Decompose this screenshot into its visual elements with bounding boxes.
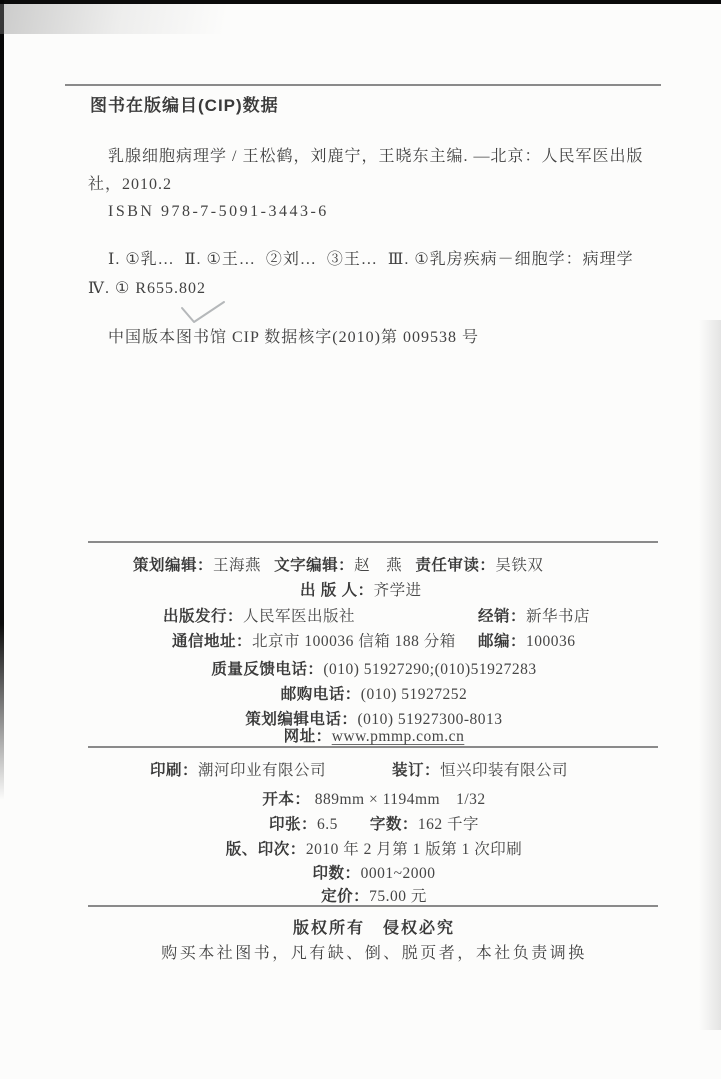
plan-editor-value: 王海燕 — [213, 557, 261, 574]
print-row-sheets-words: 印张：6.5 字数：162 千字 — [88, 812, 660, 834]
reviewer-value: 吴铁双 — [495, 557, 543, 574]
distributor-label: 经销： — [478, 608, 526, 625]
edition-label: 版、印次： — [226, 841, 306, 858]
print-row-price: 定价：75.00 元 — [88, 884, 660, 906]
website-url: www.pmmp.com.cn — [332, 728, 465, 745]
pub-row-mail-order-phone: 邮购电话：(010) 51927252 — [88, 682, 660, 704]
sheets-value: 6.5 — [317, 816, 338, 833]
printer-value: 潮河印业有限公司 — [198, 762, 326, 779]
publisher-label: 出版发行： — [163, 608, 243, 625]
cip-entry-line2: 社，2010.2 — [88, 175, 172, 195]
pub-row-distributor: 经销：新华书店 — [478, 607, 590, 626]
text-editor-value: 赵 燕 — [354, 557, 402, 574]
address-label: 通信地址： — [172, 633, 252, 650]
postcode-value: 100036 — [526, 633, 576, 650]
cip-record-number: 中国版本图书馆 CIP 数据核字(2010)第 009538 号 — [108, 328, 479, 348]
publisher-person-value: 齐学进 — [374, 582, 422, 599]
mail-order-phone-label: 邮购电话： — [281, 686, 361, 703]
pub-row-editors: 策划编辑：王海燕 文字编辑：赵 燕 责任审读：吴铁双 — [133, 556, 543, 575]
price-label: 定价： — [321, 888, 369, 905]
address-value: 北京市 100036 信箱 188 分箱 — [252, 633, 456, 650]
print-row-format: 开本： 889mm × 1194mm 1/32 — [88, 787, 660, 809]
feedback-phone-value: (010) 51927290;(010)51927283 — [323, 661, 536, 678]
format-value: 889mm × 1194mm 1/32 — [310, 791, 485, 808]
word-count-label: 字数： — [370, 816, 418, 833]
price-value: 75.00 元 — [369, 888, 427, 905]
cip-classification-line2: Ⅳ. ① R655.802 — [88, 279, 206, 299]
website-label: 网址： — [284, 728, 332, 745]
pub-row-address: 通信地址：北京市 100036 信箱 188 分箱 — [172, 632, 456, 651]
print-row-print-run: 印数：0001~2000 — [88, 861, 660, 883]
scan-edge-left — [0, 0, 4, 800]
distributor-value: 新华书店 — [526, 608, 590, 625]
format-label: 开本： — [262, 791, 310, 808]
pub-row-website: 网址：www.pmmp.com.cn — [88, 724, 660, 746]
cip-entry-line1: 乳腺细胞病理学 / 王松鹤，刘鹿宁，王晓东主编. —北京：人民军医出版 — [108, 147, 643, 167]
print-run-value: 0001~2000 — [361, 865, 436, 882]
copyright-notice: 版权所有 侵权必究 — [88, 915, 660, 938]
pub-row-publisher-person: 出 版 人：齐学进 — [300, 581, 422, 600]
cip-classification-line1: Ⅰ. ①乳… Ⅱ. ①王… ②刘… ③王… Ⅲ. ①乳房疾病－细胞学：病理学 — [108, 250, 634, 270]
exchange-policy: 购买本社图书，凡有缺、倒、脱页者，本社负责调换 — [88, 940, 660, 963]
plan-editor-label: 策划编辑： — [133, 557, 213, 574]
book-copyright-page: 图书在版编目(CIP)数据 乳腺细胞病理学 / 王松鹤，刘鹿宁，王晓东主编. —… — [0, 0, 721, 1079]
publisher-value: 人民军医出版社 — [243, 608, 355, 625]
scan-shadow-top-left — [0, 4, 265, 34]
cip-header: 图书在版编目(CIP)数据 — [90, 95, 279, 116]
rule-above-printing-block — [88, 746, 658, 748]
mail-order-phone-value: (010) 51927252 — [361, 686, 467, 703]
scan-shadow-right — [699, 320, 721, 1030]
feedback-phone-label: 质量反馈电话： — [211, 661, 323, 678]
pub-row-publisher: 出版发行：人民军医出版社 — [163, 607, 355, 626]
print-run-label: 印数： — [313, 865, 361, 882]
pub-row-feedback-phone: 质量反馈电话：(010) 51927290;(010)51927283 — [88, 657, 660, 679]
isbn-line: ISBN 978-7-5091-3443-6 — [108, 202, 329, 222]
print-row-printer: 印刷：潮河印业有限公司 — [150, 761, 326, 780]
sheets-label: 印张： — [269, 816, 317, 833]
text-editor-label: 文字编辑： — [274, 557, 354, 574]
reviewer-label: 责任审读： — [415, 557, 495, 574]
edition-value: 2010 年 2 月第 1 版第 1 次印刷 — [306, 841, 522, 858]
binder-value: 恒兴印装有限公司 — [440, 762, 568, 779]
rule-top — [65, 84, 661, 86]
rule-above-publication-block — [88, 541, 658, 543]
printer-label: 印刷： — [150, 762, 198, 779]
print-row-binder: 装订：恒兴印装有限公司 — [392, 761, 568, 780]
binder-label: 装订： — [392, 762, 440, 779]
pub-row-postcode: 邮编：100036 — [478, 632, 576, 651]
word-count-value: 162 千字 — [418, 816, 479, 833]
publisher-person-label: 出 版 人： — [300, 582, 374, 599]
print-row-edition: 版、印次：2010 年 2 月第 1 版第 1 次印刷 — [88, 837, 660, 859]
postcode-label: 邮编： — [478, 633, 526, 650]
